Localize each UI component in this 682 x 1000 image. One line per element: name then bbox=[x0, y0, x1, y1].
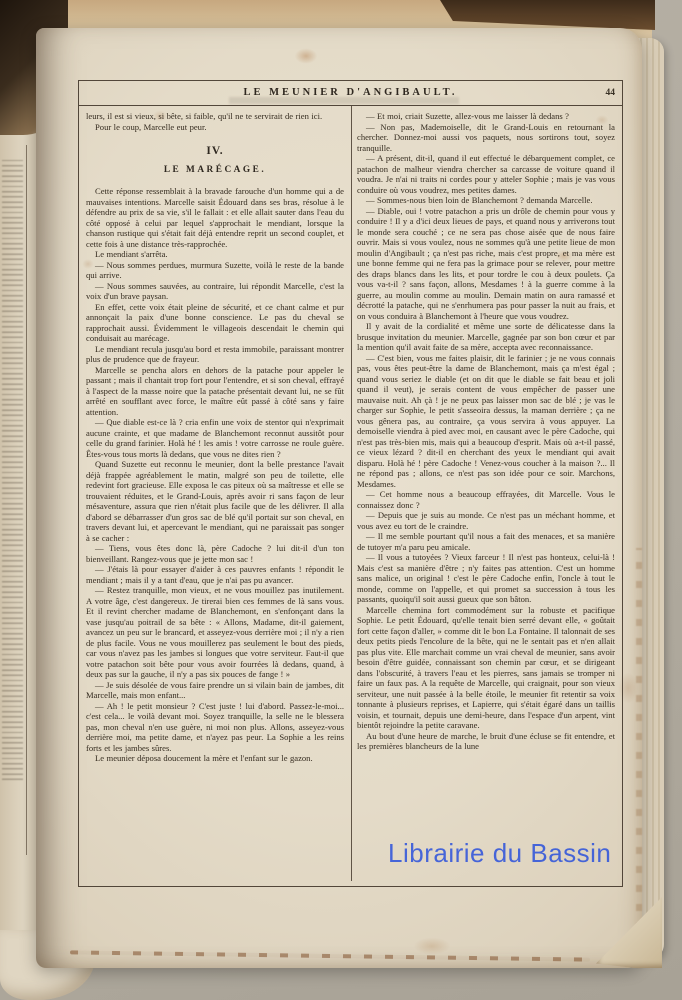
facing-page-text-blur bbox=[2, 160, 23, 780]
page-number: 44 bbox=[606, 88, 616, 98]
paragraph: — J'étais là pour essayer d'aider à ces … bbox=[86, 564, 344, 585]
paragraph: leurs, il est si vieux, si bête, si faib… bbox=[86, 111, 344, 122]
left-column: leurs, il est si vieux, si bête, si faib… bbox=[86, 111, 344, 881]
paragraph: — Ah ! le petit monsieur ? C'est juste !… bbox=[86, 701, 344, 754]
paragraph: — Il vous a tutoyées ? Vieux farceur ! I… bbox=[357, 552, 615, 605]
paragraph: — Nous sommes perdues, murmura Suzette, … bbox=[86, 260, 344, 281]
bookseller-watermark: Librairie du Bassin bbox=[388, 838, 611, 869]
book-photo: LE MEUNIER D'ANGIBAULT. 44 leurs, il est… bbox=[0, 0, 682, 1000]
chapter-number: IV. bbox=[86, 145, 344, 157]
book-page: LE MEUNIER D'ANGIBAULT. 44 leurs, il est… bbox=[36, 28, 642, 968]
text-frame: LE MEUNIER D'ANGIBAULT. 44 leurs, il est… bbox=[78, 80, 623, 887]
facing-page-frame-line bbox=[26, 145, 27, 855]
paragraph: Au bout d'une heure de marche, le bruit … bbox=[357, 731, 615, 752]
paragraph: Marcelle se pencha alors en dehors de la… bbox=[86, 365, 344, 418]
paragraph: — Depuis que je suis au monde. Ce n'est … bbox=[357, 510, 615, 531]
bottom-ragged-edge bbox=[70, 950, 590, 961]
paragraph: — Il me semble pourtant qu'il nous a fai… bbox=[357, 531, 615, 552]
running-header: LE MEUNIER D'ANGIBAULT. 44 bbox=[79, 81, 622, 106]
paragraph: En effet, cette voix était pleine de séc… bbox=[86, 302, 344, 344]
paragraph: Il y avait de la cordialité et même une … bbox=[357, 321, 615, 353]
paragraph: — Non pas, Mademoiselle, dit le Grand-Lo… bbox=[357, 122, 615, 154]
ink-offset-smudge bbox=[229, 97, 459, 104]
text-columns: leurs, il est si vieux, si bête, si faib… bbox=[79, 106, 622, 881]
paragraph: Cette réponse ressemblait à la bravade f… bbox=[86, 186, 344, 249]
paragraph: Marcelle chemina fort commodément sur la… bbox=[357, 605, 615, 731]
paragraph: Le mendiant recula jusqu'au bord et rest… bbox=[86, 344, 344, 365]
running-title: LE MEUNIER D'ANGIBAULT. bbox=[79, 87, 622, 98]
chapter-title: LE MARÉCAGE. bbox=[86, 165, 344, 175]
paragraph: — Nous sommes sauvées, au contraire, lui… bbox=[86, 281, 344, 302]
paragraph: — Que diable est-ce là ? cria enfin une … bbox=[86, 417, 344, 459]
paragraph: — Et moi, criait Suzette, allez-vous me … bbox=[357, 111, 615, 122]
paragraph: Quand Suzette eut reconnu le meunier, do… bbox=[86, 459, 344, 543]
paragraph: Le meunier déposa doucement la mère et l… bbox=[86, 753, 344, 764]
column-divider-rule bbox=[351, 106, 352, 881]
paragraph: Pour le coup, Marcelle eut peur. bbox=[86, 122, 344, 133]
paragraph: — Je suis désolée de vous faire prendre … bbox=[86, 680, 344, 701]
paragraph: — A présent, dit-il, quand il eut effect… bbox=[357, 153, 615, 195]
paragraph: — Tiens, vous êtes donc là, père Cadoche… bbox=[86, 543, 344, 564]
right-edge-wear bbox=[636, 548, 642, 968]
paragraph: Le mendiant s'arrêta. bbox=[86, 249, 344, 260]
paragraph: — Sommes-nous bien loin de Blanchemont ?… bbox=[357, 195, 615, 206]
paragraph: — Diable, oui ! votre patachon a pris un… bbox=[357, 206, 615, 322]
paragraph: — C'est bien, vous me faites plaisir, di… bbox=[357, 353, 615, 490]
right-column: — Et moi, criait Suzette, allez-vous me … bbox=[357, 111, 615, 881]
paragraph: — Cet homme nous a beaucoup effrayées, d… bbox=[357, 489, 615, 510]
paragraph: — Restez tranquille, mon vieux, et ne vo… bbox=[86, 585, 344, 680]
